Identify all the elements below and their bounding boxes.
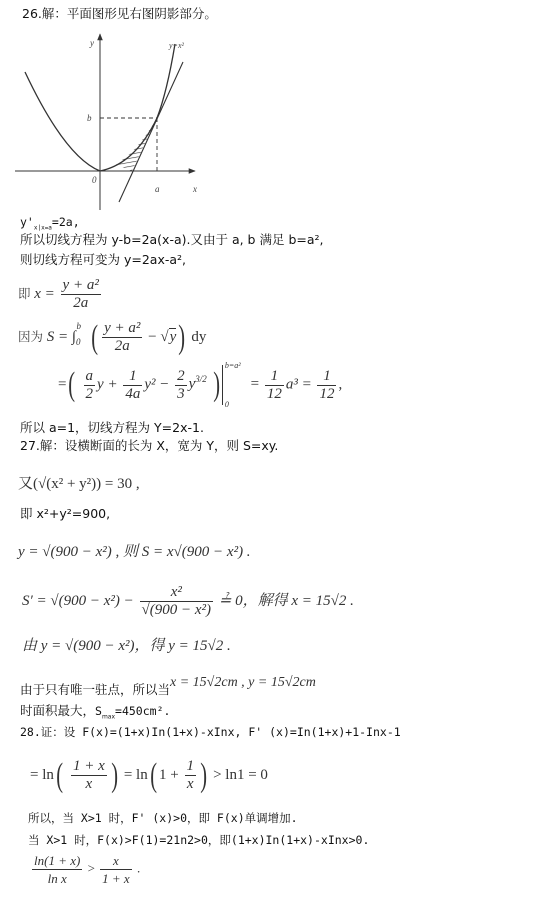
q27-y-value: 由 y = √(900 − x²)，得 y = 15√2 . <box>22 634 231 655</box>
q28-final-inequality: ln(1 + x)ln x > x1 + x . <box>30 852 140 887</box>
area-evaluation: =( a2y + 14ay² − 23y3/2 ) b=a² 0 = 112a³… <box>58 365 342 405</box>
q27-unique-point: 由于只有唯一驻点，所以当x = 15√2cm , y = 15√2cm <box>20 682 316 699</box>
q27-sum-squares: 即 x²+y²=900, <box>20 506 110 522</box>
q26-heading: 26.解：平面图形见右图阴影部分。 <box>22 6 217 22</box>
svg-text:y: y <box>89 38 94 48</box>
parabola-figure: y y=x² b 0 a x <box>15 32 215 212</box>
q27-area-function: y = √(900 − x²) , 则 S = x√(900 − x²) . <box>18 540 251 561</box>
tangent-line-text: 所以切线方程为 y-b=2a(x-a).又由于 a, b 满足 b=a², <box>20 232 324 248</box>
q27-heading: 27.解：设横断面的长为 X，宽为 Y，则 S=xy. <box>20 438 278 454</box>
svg-text:a: a <box>155 184 160 194</box>
q28-log-inequality: = ln( 1 + xx) = ln(1 + 1x) > ln1 = 0 <box>30 758 268 793</box>
svg-text:y=x²: y=x² <box>168 41 185 50</box>
svg-text:x: x <box>192 184 197 194</box>
q28-monotonic: 所以，当 X>1 时，F' (x)>0，即 F(x)单调增加. <box>28 810 298 826</box>
svg-text:0: 0 <box>92 175 97 185</box>
q28-inequality: 当 X>1 时，F(x)>F(1)=21n2>0，即(1+x)In(1+x)-x… <box>28 832 369 848</box>
svg-text:b: b <box>87 113 92 123</box>
area-integral: 因为 S = ∫0b (y + a²2a − √y) dy <box>18 320 206 355</box>
q28-heading: 28.证：设 F(x)=(1+x)In(1+x)-xInx, F' (x)=In… <box>20 724 401 740</box>
tangent-line <box>119 62 183 202</box>
q27-derivative: S′ = √(900 − x²) − x²√(900 − x²) ≟ 0，解得 … <box>22 584 354 619</box>
q26-conclusion: 所以 a=1，切线方程为 Y=2x-1. <box>20 420 204 436</box>
tangent-line-text-2: 则切线方程可变为 y=2ax-a², <box>20 252 186 268</box>
q27-max-area: 时面积最大，Smax=450cm². <box>20 703 170 726</box>
x-expression: 即 x = y + a²2a <box>18 277 103 312</box>
q27-diagonal-eq: 又(√(x² + y²)) = 30 , <box>18 472 140 493</box>
